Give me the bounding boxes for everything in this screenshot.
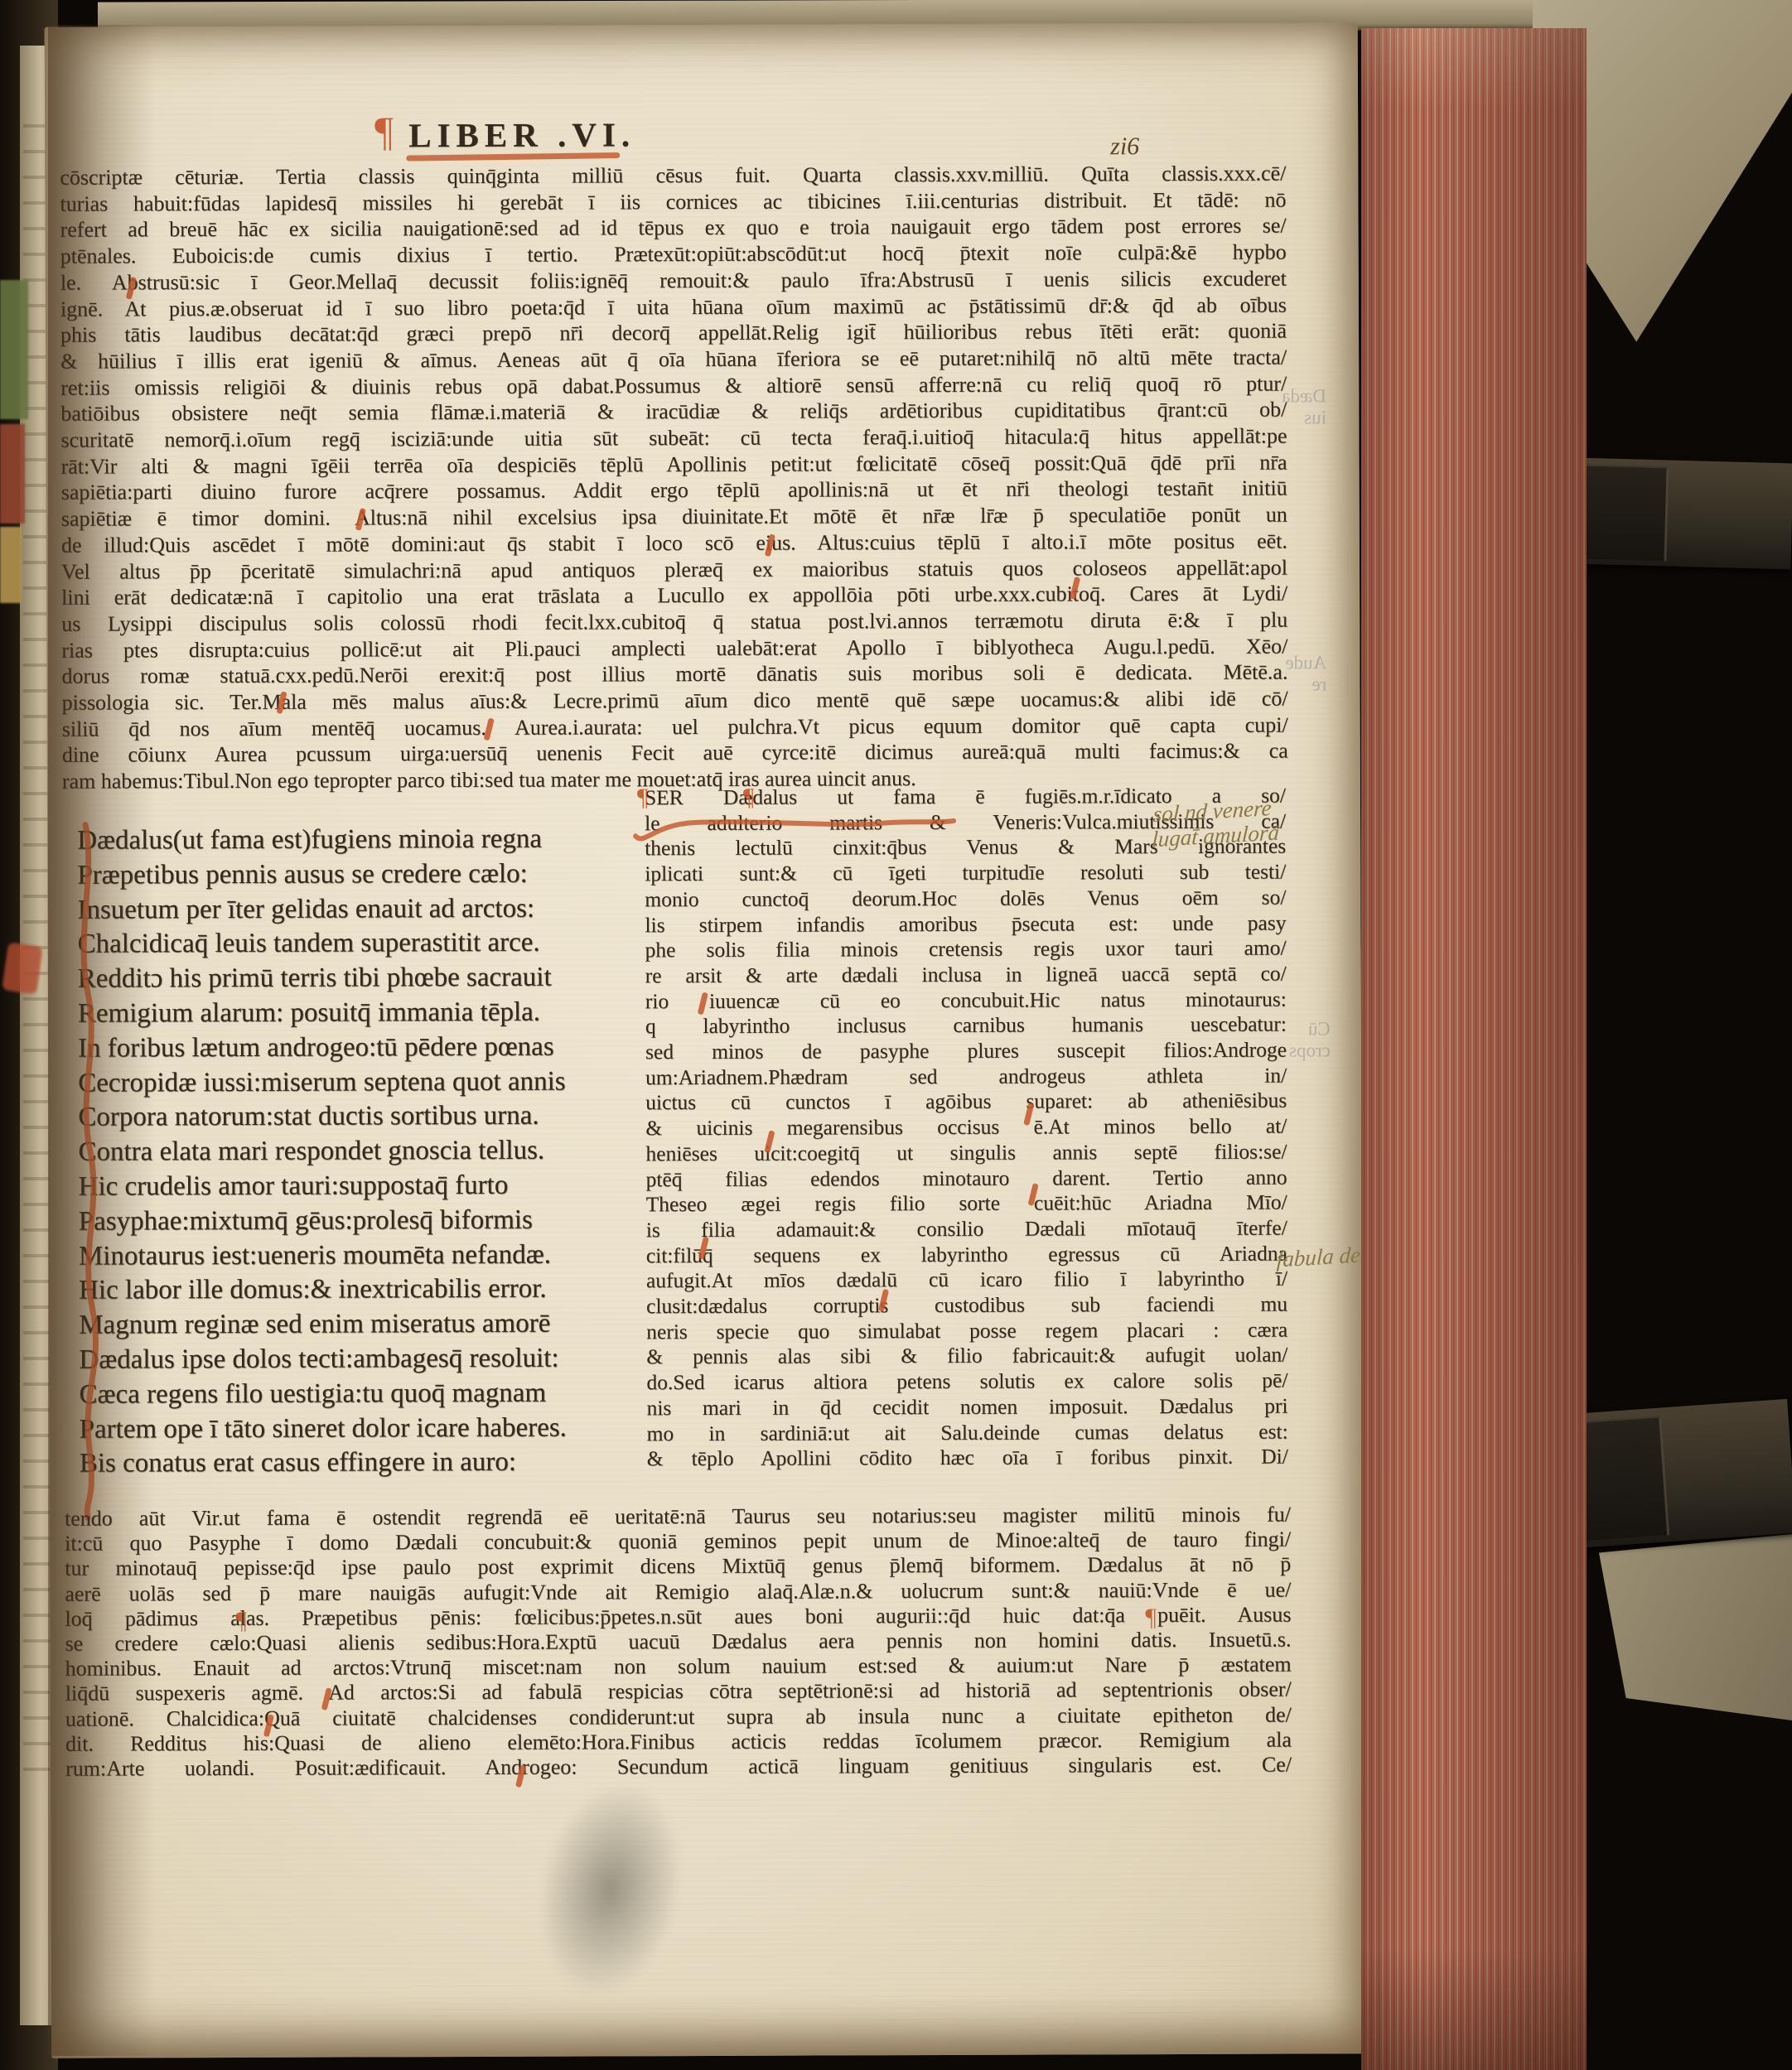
text-line: uationē. Chalcidica:Quā ciuitatē chalcid… bbox=[65, 1702, 1292, 1731]
text-line: us Lysippi discipulus solis colossū rhod… bbox=[61, 606, 1287, 637]
text-line: clusit:dædalus corruptis custodibus sub … bbox=[646, 1292, 1287, 1320]
ghost-line: Cū bbox=[1289, 1018, 1331, 1040]
text-line: Vel altus p̄p p̄ceritatē simulachri:nā a… bbox=[61, 554, 1287, 585]
text-line: Dædalus ipse dolos tecti:ambagesq̄ resol… bbox=[79, 1341, 659, 1378]
text-line: cit:filūq̄ sequens ex labyrintho egressu… bbox=[646, 1241, 1287, 1268]
show-through-text: Dæda ius bbox=[1282, 385, 1326, 428]
text-line: rāt:Vir alti & magni īgēii terrēa oīa de… bbox=[61, 449, 1287, 480]
commentary-top-block: cōscriptæ cēturiæ. Tertia classis quinq̄… bbox=[60, 161, 1288, 795]
text-line: aufugit.At mīos dædalū cū icaro filio ī … bbox=[646, 1267, 1287, 1294]
text-line: aerē uolās sed p̄ mare nauigās aufugit:V… bbox=[65, 1577, 1291, 1606]
photograph-of-open-book: ¶ LIBER .VI. zi6 cōscriptæ cēturiæ. Tert… bbox=[0, 0, 1792, 2070]
text-line: phe solis filia minois cretensis regis u… bbox=[645, 936, 1287, 963]
text-line: batiōibus obsistere neq̄t semia flāmæ.i.… bbox=[60, 397, 1287, 427]
text-line: Chalcidicaq̄ leuis tandem superastitit a… bbox=[78, 926, 658, 963]
parchment-cover-corner-bottom bbox=[1599, 1534, 1792, 1720]
text-line: is filia adamauit:& consilio Dædali mīot… bbox=[646, 1215, 1287, 1242]
text-line: Hic crudelis amor tauri:suppostaq̄ furto bbox=[79, 1168, 659, 1204]
illumination-fragment-gold bbox=[0, 527, 22, 603]
text-line: mo in sardiniā:ut ait Salu.deinde cumas … bbox=[647, 1419, 1288, 1446]
text-line: dorus romæ statuā.cxx.pedū.Nerōi erexit:… bbox=[61, 659, 1287, 690]
text-line: siliū q̄d nos aīum mentēq̄ uocamus. Aure… bbox=[62, 712, 1288, 742]
ghost-line: Aude bbox=[1285, 652, 1326, 673]
ghost-line: re bbox=[1285, 673, 1326, 695]
text-line: Magnum reginæ sed enim miseratus amorē bbox=[79, 1306, 659, 1343]
red-ink-fragment bbox=[2, 942, 43, 994]
ghost-line: ius bbox=[1282, 407, 1326, 428]
book-page: ¶ LIBER .VI. zi6 cōscriptæ cēturiæ. Tert… bbox=[45, 22, 1365, 2058]
text-line: neris specie quo simulabat posse regem p… bbox=[646, 1317, 1287, 1344]
text-line: & uicinis megarensibus occisus ē.At mino… bbox=[645, 1114, 1287, 1141]
text-line: ignē. At pius.æ.obseruat id ī suo libro … bbox=[60, 292, 1287, 322]
page-title: LIBER .VI. bbox=[408, 114, 635, 155]
text-line: rias ptes disrupta:cuius pollicē:ut ait … bbox=[61, 633, 1287, 663]
text-line: dine cōiunx Aurea pcussum uirga:uersūq̄ … bbox=[62, 738, 1288, 769]
fore-edge-shading bbox=[1361, 28, 1587, 2070]
text-line: In foribus lætum androgeo:tū pēdere pœna… bbox=[78, 1030, 658, 1066]
illumination-fragment-green bbox=[0, 280, 28, 419]
text-line: Remigium alarum: posuitq̄ immania tēpla. bbox=[78, 995, 658, 1031]
text-line: Pasyphae:mixtumq̄ gēus:prolesq̄ biformis bbox=[79, 1203, 659, 1239]
text-line: nis mari in q̄d cecidit nomen imposuit. … bbox=[646, 1393, 1287, 1421]
text-line: Dædalus(ut fama est)fugiens minoia regna bbox=[77, 822, 657, 858]
text-line: Hic labor ille domus:& inextricabilis er… bbox=[79, 1272, 659, 1309]
text-line: Cæca regens filo uestigia:tu quoq̄ magna… bbox=[79, 1376, 659, 1412]
pilcrow-icon: ¶ bbox=[235, 1607, 247, 1635]
rubric-underline-flourish bbox=[629, 815, 960, 851]
text-line: rum:Arte uolandi. Posuit:ædificauit. And… bbox=[65, 1753, 1292, 1782]
show-through-text: Cū crops bbox=[1289, 1018, 1331, 1061]
text-line: Partem ope ī tāto sineret dolor icare ha… bbox=[80, 1411, 659, 1447]
text-line: cōscriptæ cēturiæ. Tertia classis quinq̄… bbox=[60, 161, 1286, 191]
text-line: refert ad breuē hāc ex sicilia nauigatio… bbox=[60, 213, 1287, 244]
text-line: heniēses uicit:coegitq̄ ut singulis anni… bbox=[645, 1139, 1287, 1166]
ghost-line: crops bbox=[1289, 1040, 1331, 1061]
text-line: le. Abstrusū:sic ī Geor.Mellaq̄ decussit… bbox=[60, 265, 1287, 296]
text-line: ptēq̄ filias edendos minotauro darent. T… bbox=[646, 1165, 1287, 1192]
text-line: de illud:Quis ascēdet ī mōtē domini:aut … bbox=[61, 528, 1287, 558]
text-line: Corpora natorum:stat ductis sortibus urn… bbox=[78, 1099, 658, 1136]
rubrication-stroke bbox=[70, 818, 109, 1531]
text-line: Redditɔ his primū terris tibi phœbe sacr… bbox=[78, 960, 658, 996]
text-line: Bis conatus erat casus effingere in auro… bbox=[80, 1445, 659, 1482]
ghost-line: Dæda bbox=[1282, 385, 1326, 407]
clasp-strap-upper bbox=[1572, 458, 1792, 570]
header-pilcrow-icon: ¶ bbox=[374, 107, 394, 155]
text-line: iplicati sunt:& cū īgeti turpitudīe reso… bbox=[645, 860, 1286, 887]
text-line: Cecropidæ iussi:miserum septena quot ann… bbox=[78, 1064, 658, 1101]
text-line: sapiētia:parti diuino furore acq̄rere po… bbox=[61, 475, 1287, 506]
pilcrow-icon: ¶ bbox=[637, 784, 649, 812]
pilcrow-icon: ¶ bbox=[1145, 1604, 1157, 1632]
text-line: uictus cū cunctos ī agōibus suparet: ab … bbox=[645, 1088, 1287, 1116]
text-line: ret:iis omissis religiōi & diuinis rebus… bbox=[60, 370, 1287, 401]
text-line: rio iuuencæ cū eo concubuit.Hic natus mi… bbox=[645, 987, 1287, 1014]
text-line: monio cunctoq̄ deorum.Hoc dolēs Venus oē… bbox=[645, 885, 1286, 912]
text-line: Minotaurus iest:ueneris moumēta nefandæ. bbox=[79, 1238, 659, 1274]
marginal-note-venus: sol nd venere lugat̄ amulorā bbox=[1152, 794, 1281, 852]
text-line: q labyrintho inclusus carnibus humanis u… bbox=[645, 1012, 1287, 1040]
text-line: liq̄dū suspexeris agmē. Ad arctos:Si ad … bbox=[65, 1677, 1292, 1706]
text-line: tur minotauq̄ pepisse:q̄d ipse paulo pos… bbox=[65, 1552, 1291, 1581]
text-line: Contra elata mari respondet gnoscia tell… bbox=[78, 1133, 658, 1170]
text-line: Præpetibus pennis ausus se credere cælo: bbox=[77, 856, 657, 893]
text-line: phis tātis laudibus decātat:q̄d græci pr… bbox=[60, 318, 1287, 349]
text-line: ptēnales. Euboicis:de cumis dixius ī ter… bbox=[60, 239, 1287, 270]
red-stained-fore-edge bbox=[1361, 28, 1587, 2070]
text-line: & tēplo Apollini cōdito hæc oīa ī foribu… bbox=[647, 1445, 1288, 1472]
text-line: sed minos de pasyphe plures suscepit fil… bbox=[645, 1038, 1287, 1065]
pilcrow-icon: ¶ bbox=[743, 784, 755, 812]
text-line: Theseo ægei regis filio sorte cuēit:hūc … bbox=[646, 1190, 1287, 1218]
text-line: pissologia sic. Ter.Mala mēs malus aīus:… bbox=[62, 686, 1288, 717]
text-line: & pennis alas sibi & filio fabricauit:& … bbox=[646, 1343, 1287, 1370]
text-line: re arsit & arte dædali inclusa in ligneā… bbox=[645, 961, 1287, 988]
clasp-metal-tip bbox=[1573, 464, 1669, 562]
aeneid-verse-block: Dædalus(ut fama est)fugiens minoia regna… bbox=[77, 822, 659, 1482]
text-line: Insuetum per īter gelidas enauit ad arct… bbox=[77, 891, 657, 928]
text-line: & hūilius ī illis erat igeniū & aīmus. A… bbox=[60, 344, 1287, 374]
servius-commentary-column: SER Dædalus ut fama ē fugiēs.m.r.īdicato… bbox=[645, 784, 1288, 1473]
illumination-fragment-red bbox=[0, 424, 25, 524]
text-line: um:Ariadnem.Phædram sed androgeus athlet… bbox=[645, 1063, 1287, 1090]
text-line: do.Sed icarus altiora petens solutis ex … bbox=[646, 1368, 1287, 1396]
show-through-text: Aude re bbox=[1285, 652, 1326, 695]
clasp-strap-lower bbox=[1565, 1399, 1792, 1548]
text-line: lini erāt dedicatæ:nā ī capitolio una er… bbox=[61, 581, 1287, 611]
folio-number: zi6 bbox=[1110, 133, 1139, 161]
text-line: lis stirpem infandis amoribus p̄secuta e… bbox=[645, 910, 1286, 938]
text-line: scuritatē nemorq̄.i.oīum regq̄ isciziā:u… bbox=[60, 423, 1287, 454]
text-line: turias habuit:fūdas lapidesq̄ missiles h… bbox=[60, 186, 1286, 217]
text-line: sapiētiæ ē timor domini. Altus:nā nihil … bbox=[61, 502, 1287, 533]
commentary-bottom-block: tendo aūt Vir.ut fama ē ostendit regrend… bbox=[65, 1503, 1292, 1782]
